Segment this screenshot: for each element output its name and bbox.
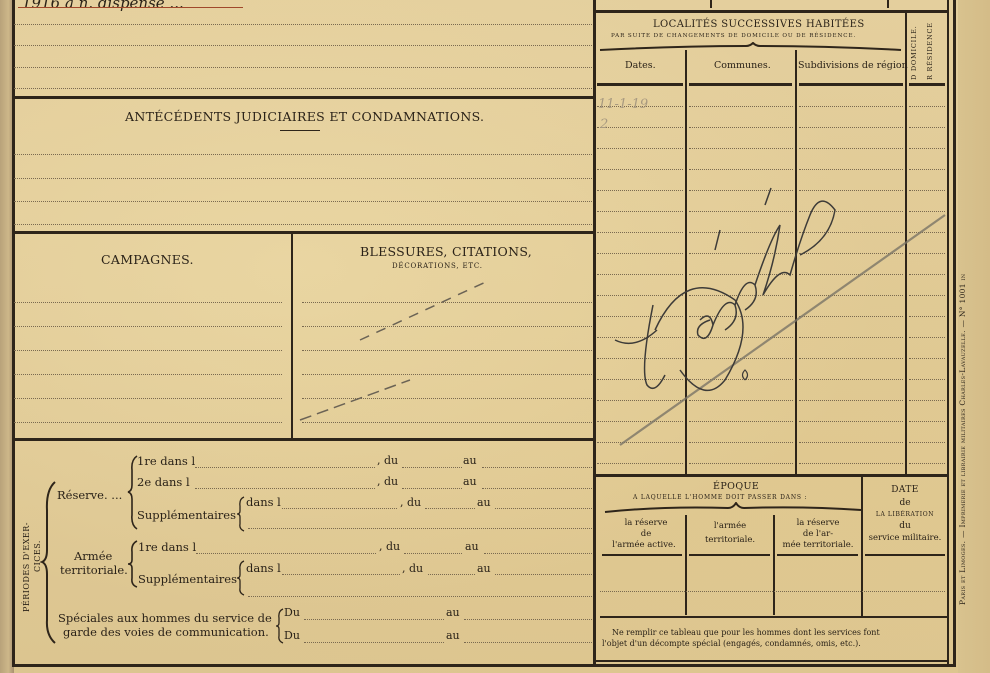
red-underline	[18, 7, 243, 8]
fill-line	[304, 619, 444, 620]
epoque-bottom-rule	[600, 616, 947, 618]
epoque-col-divider	[773, 515, 775, 615]
fill-line	[482, 467, 592, 468]
periodes-brace-icon	[40, 480, 60, 645]
epoque-col1-l3: l'armée active.	[604, 540, 684, 550]
epoque-col-divider	[685, 515, 687, 615]
reserve-row1-label: 1re dans l	[137, 454, 195, 468]
ruled-line	[14, 302, 282, 303]
epoque-note-2: l'objet d'un décompte spécial (engagés, …	[602, 639, 861, 648]
fill-line	[282, 508, 397, 509]
ruled-line	[909, 148, 945, 149]
ruled-line	[597, 148, 683, 149]
ruled-line	[689, 106, 793, 107]
periodes-vertical-label-1: PÉRIODES D'EXER-	[22, 522, 31, 612]
armee-row1-label: 1re dans l	[138, 540, 196, 554]
top-fragment-divider	[710, 0, 712, 8]
ruled-line	[14, 67, 592, 68]
armee-supp-du: , du	[402, 562, 423, 575]
epoque-top-border	[595, 474, 947, 477]
supp-brace-icon	[236, 496, 246, 532]
fill-line	[404, 553, 462, 554]
fill-line	[484, 553, 592, 554]
fill-line	[195, 488, 375, 489]
ruled-line	[689, 463, 793, 464]
bottom-frame	[12, 664, 956, 667]
left-frame	[12, 0, 15, 665]
armee-row1-au: au	[465, 540, 479, 553]
reserve-row2-label: 2e dans l	[137, 475, 190, 489]
ruled-line	[14, 24, 592, 25]
epoque-header-rule	[602, 554, 682, 556]
fill-line	[195, 467, 375, 468]
handwritten-top-fragment: 1916 à n. dispensé ...	[22, 0, 184, 12]
epoque-col2-l1: l'armée	[690, 521, 770, 531]
ruled-line	[14, 374, 282, 375]
speciales-row1-du: Du	[284, 606, 300, 619]
deceased-annotation	[595, 180, 947, 450]
armee-row1-du: , du	[379, 540, 400, 553]
fill-line	[248, 596, 592, 597]
epoque-header-rule	[865, 554, 945, 556]
localites-top-border	[595, 10, 947, 13]
ruled-line	[14, 45, 592, 46]
ruled-line	[597, 169, 683, 170]
epoque-col2-l2: territoriale.	[690, 535, 770, 545]
ruled-line	[909, 169, 945, 170]
ruled-line	[14, 398, 282, 399]
speciales-label-1: Spéciales aux hommes du service de	[58, 611, 272, 625]
armee-supp-sub: dans l	[246, 561, 281, 575]
ruled-line	[799, 148, 903, 149]
pencil-stray-marks	[290, 270, 510, 440]
reserve-supp-au: au	[477, 496, 491, 509]
epoque-note-1: Ne remplir ce tableau que pour les homme…	[612, 628, 880, 637]
localites-title: LOCALITÉS SUCCESSIVES HABITÉES	[653, 19, 865, 30]
ruled-line	[597, 463, 683, 464]
fill-line	[464, 619, 592, 620]
fill-line	[464, 642, 592, 643]
speciales-row2-du: Du	[284, 629, 300, 642]
date-header-l4: du	[864, 521, 946, 531]
handwritten-date-2: 2	[600, 117, 608, 132]
side-column-residence: R RÉSIDENCE	[926, 22, 934, 80]
section-divider	[12, 231, 594, 234]
ruled-line	[14, 178, 592, 179]
column-subdivisions: Subdivisions de région	[798, 60, 908, 71]
epoque-fill-line	[600, 591, 945, 592]
date-header-l1: DATE	[864, 485, 946, 495]
fill-line	[304, 642, 444, 643]
section-divider	[12, 438, 594, 441]
blessures-title: BLESSURES, CITATIONS,	[360, 244, 532, 259]
localites-subtitle: PAR SUITE DE CHANGEMENTS DE DOMICILE OU …	[611, 33, 856, 39]
fill-line	[196, 553, 376, 554]
column-dates: Dates.	[625, 60, 656, 71]
epoque-outer-bottom	[595, 660, 947, 662]
header-rule	[909, 83, 945, 86]
ruled-line	[14, 350, 282, 351]
fill-line	[495, 574, 592, 575]
ruled-line	[14, 88, 592, 89]
header-rule	[689, 83, 792, 86]
epoque-header-rule	[689, 554, 770, 556]
ruled-line	[799, 463, 903, 464]
ruled-line	[597, 127, 683, 128]
armee-supp-label: Supplémentaires	[138, 572, 237, 586]
armee-supp-au: au	[477, 562, 491, 575]
blessures-subtitle: DÉCORATIONS, ETC.	[392, 262, 483, 270]
header-rule	[799, 83, 903, 86]
fill-line	[425, 508, 475, 509]
ruled-line	[14, 326, 282, 327]
fill-line	[248, 528, 592, 529]
ruled-line	[14, 154, 592, 155]
title-rule	[280, 130, 320, 131]
reserve-row2-au: au	[463, 475, 477, 488]
antecedents-title: ANTÉCÉDENTS JUDICIAIRES ET CONDAMNATIONS…	[125, 109, 484, 124]
epoque-col1-l1: la réserve	[618, 518, 674, 528]
reserve-supp-du: , du	[400, 496, 421, 509]
epoque-date-divider	[861, 476, 863, 616]
epoque-brace-icon	[603, 502, 863, 514]
fill-line	[495, 508, 592, 509]
fill-line	[482, 488, 592, 489]
campagnes-title: CAMPAGNES.	[101, 252, 194, 267]
ruled-line	[799, 169, 903, 170]
epoque-title: ÉPOQUE	[713, 481, 759, 492]
fill-line	[282, 574, 400, 575]
reserve-row1-au: au	[463, 454, 477, 467]
armee-label-2: territoriale.	[60, 563, 128, 577]
section-divider	[12, 96, 594, 99]
ruled-line	[909, 127, 945, 128]
ruled-line	[799, 106, 903, 107]
reserve-row1-du: , du	[377, 454, 398, 467]
ruled-line	[689, 127, 793, 128]
speciales-row2-au: au	[446, 629, 460, 642]
ruled-line	[909, 106, 945, 107]
ruled-line	[909, 463, 945, 464]
right-frame	[947, 0, 949, 665]
top-fragment-divider	[887, 0, 889, 8]
ruled-line	[799, 127, 903, 128]
epoque-col3-l1: la réserve	[776, 518, 860, 528]
printer-imprint: Paris et Limoges. — Imprimerie et librai…	[958, 274, 967, 605]
date-header-l3: LA LIBÉRATION	[864, 511, 946, 518]
localites-brace-icon	[598, 42, 903, 52]
column-communes: Communes.	[714, 60, 771, 71]
speciales-row1-au: au	[446, 606, 460, 619]
handwritten-date-1: 11-1-19	[598, 97, 648, 112]
supp-brace-icon	[236, 560, 246, 596]
ruled-line	[14, 224, 592, 225]
fill-line	[402, 467, 462, 468]
ruled-line	[689, 169, 793, 170]
epoque-col3-l3: mée territoriale.	[776, 540, 860, 550]
right-frame-outer	[953, 0, 956, 665]
date-header-l5: service militaire.	[864, 533, 946, 543]
date-header-l2: de	[864, 498, 946, 508]
epoque-header-rule	[777, 554, 858, 556]
armee-label-1: Armée	[74, 549, 112, 563]
fill-line	[428, 574, 475, 575]
ruled-line	[14, 422, 282, 423]
epoque-col1-l2: de	[618, 529, 674, 539]
reserve-label: Réserve. ...	[57, 488, 122, 502]
header-rule	[597, 83, 683, 86]
reserve-supp-sub: dans l	[246, 495, 281, 509]
ruled-line	[689, 148, 793, 149]
speciales-label-2: garde des voies de communication.	[63, 625, 269, 639]
reserve-row2-du: , du	[377, 475, 398, 488]
document-page: 1916 à n. dispensé ... ANTÉCÉDENTS JUDIC…	[0, 0, 990, 673]
epoque-subtitle: A LAQUELLE L'HOMME DOIT PASSER DANS :	[633, 494, 807, 501]
reserve-supp-label: Supplémentaires	[137, 508, 236, 522]
fill-line	[402, 488, 462, 489]
side-column-domicile: D DOMICILE.	[910, 25, 918, 80]
epoque-col3-l2: de l'ar-	[776, 529, 860, 539]
ruled-line	[14, 201, 592, 202]
